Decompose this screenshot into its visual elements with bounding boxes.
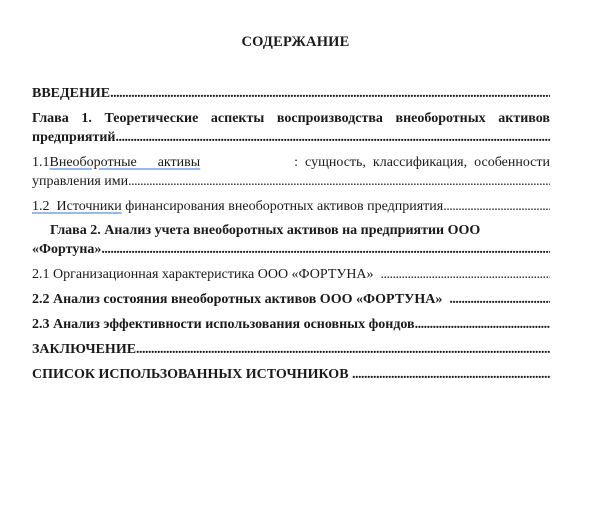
toc-entry-label: ВВЕДЕНИЕ [32,84,110,103]
toc-entry-chapter1[interactable]: Глава 1. Теоретические аспекты воспроизв… [32,109,550,147]
toc-entry-conclusion[interactable]: ЗАКЛЮЧЕНИЕ [32,340,550,359]
dot-leader [415,315,550,334]
dot-leader [443,197,550,216]
toc-entry-label: : сущность, классификация, особенности [200,153,550,172]
toc-entry-intro[interactable]: ВВЕДЕНИЕ [32,84,550,103]
toc-entry-label: 2.3 Анализ эффективности использования о… [32,315,415,334]
toc-entry-section-2-2[interactable]: 2.2 Анализ состояния внеоборотных активо… [32,290,550,309]
page-title: СОДЕРЖАНИЕ [0,34,591,51]
toc-entry-section-1-2[interactable]: 1.2 Источники финансирования внеоборотны… [32,197,550,216]
toc-entry-label: СПИСОК ИСПОЛЬЗОВАННЫХ ИСТОЧНИКОВ [32,365,352,384]
toc-entry-chapter2[interactable]: Глава 2. Анализ учета внеоборотных актив… [32,221,550,259]
toc-entry-section-2-1[interactable]: 2.1 Организационная характеристика ООО «… [32,265,550,284]
toc-entry-label-continued: управления ими [32,172,128,191]
toc-entry-label-continued: предприятий [32,128,115,147]
dot-leader [381,265,550,284]
toc-entry-label: финансирования внеоборотных активов пред… [122,197,444,216]
toc-entry-references[interactable]: СПИСОК ИСПОЛЬЗОВАННЫХ ИСТОЧНИКОВ [32,365,550,384]
toc-entry-label-continued: «Фортуна» [32,240,101,259]
dot-leader [101,240,550,259]
dot-leader [449,290,550,309]
dot-leader [352,365,550,384]
toc-entry-label: 2.2 Анализ состояния внеоборотных активо… [32,290,449,309]
toc-entry-label: Глава 1. Теоретические аспекты воспроизв… [32,109,550,128]
spellcheck-underlined-text: 1.2 Источники [32,197,122,216]
toc-entry-label: 2.1 Организационная характеристика ООО «… [32,265,381,284]
toc-entry-label: Глава 2. Анализ учета внеоборотных актив… [32,221,550,240]
section-number: 1.1 [32,153,50,172]
toc-entry-label: ЗАКЛЮЧЕНИЕ [32,340,136,359]
dot-leader [128,172,550,191]
dot-leader [110,84,550,103]
toc-entry-section-2-3[interactable]: 2.3 Анализ эффективности использования о… [32,315,550,334]
toc-entry-section-1-1[interactable]: 1.1 Внеоборотные активы : сущность, клас… [32,153,550,191]
table-of-contents: ВВЕДЕНИЕ Глава 1. Теоретические аспекты … [32,84,550,384]
dot-leader [115,128,550,147]
spellcheck-underlined-text: Внеоборотные активы [50,153,201,172]
dot-leader [136,340,550,359]
